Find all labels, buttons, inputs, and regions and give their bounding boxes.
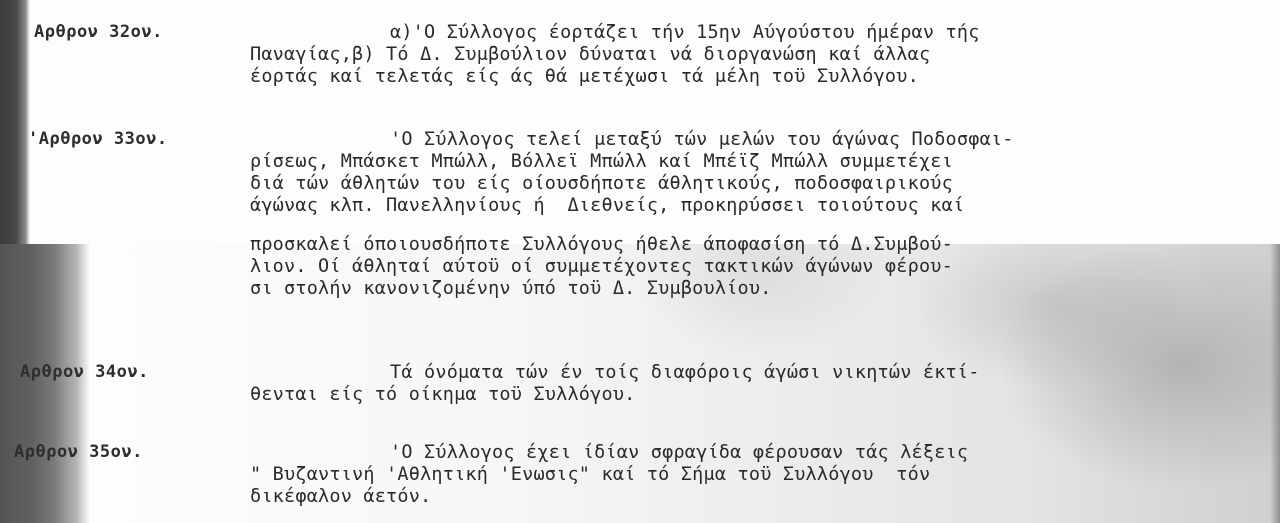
- text-line: 'Ο Σύλλογος τελεί μεταξύ τών μελών του ά…: [250, 129, 1260, 151]
- article-body: Τά όνόματα τών έν τοίς διαφόροις άγώσι ν…: [250, 362, 1260, 406]
- text-line: Τά όνόματα τών έν τοίς διαφόροις άγώσι ν…: [250, 362, 1260, 384]
- binding-shadow-bottom: [0, 244, 90, 523]
- text-line: δικέφαλον άετόν.: [250, 486, 1260, 508]
- article-label: 'Αρθρον 33ον.: [28, 129, 168, 149]
- text-line: διά τών άθλητών του είς οίουσδήποτε άθλη…: [250, 173, 1260, 195]
- text-line: έορτάς καί τελετάς είς άς θά μετέχωσι τά…: [250, 66, 1260, 88]
- article-label: Αρθρον 34ον.: [20, 362, 149, 382]
- text-line: προσκαλεί όποιουσδήποτε Συλλόγους ήθελε …: [250, 234, 1260, 256]
- text-line: σι στολήν κανονιζομένην ύπό τοϋ Δ. Συμβο…: [250, 278, 1260, 300]
- article-body: 'Ο Σύλλογος έχει ίδίαν σφραγίδα φέρουσαν…: [250, 442, 1260, 508]
- text-line: θενται είς τό οίκημα τοϋ Συλλόγου.: [250, 384, 1260, 406]
- text-line: α)'Ο Σύλλογος έορτάζει τήν 15ην Αύγούστο…: [250, 22, 1260, 44]
- text-line: Παναγίας,β) Τό Δ. Συμβούλιον δύναται νά …: [250, 44, 1260, 66]
- text-line: ρίσεως, Μπάσκετ Μπώλλ, Βόλλεϊ Μπώλλ καί …: [250, 151, 1260, 173]
- article-body: 'Ο Σύλλογος τελεί μεταξύ τών μελών του ά…: [250, 129, 1260, 300]
- text-line: λιον. Οί άθληταί αύτοϋ οί συμμετέχοντες …: [250, 256, 1260, 278]
- article-body: α)'Ο Σύλλογος έορτάζει τήν 15ην Αύγούστο…: [250, 22, 1260, 88]
- text-line: άγώνας κλπ. Πανελληνίους ή Διεθνείς, προ…: [250, 195, 1260, 217]
- article-label: Αρθρον 35ον.: [14, 442, 143, 462]
- text-line: " Βυζαντινή 'Αθλητική 'Ενωσις" καί τό Σή…: [250, 464, 1260, 486]
- page-edge-shadow: [1270, 244, 1280, 523]
- text-line: 'Ο Σύλλογος έχει ίδίαν σφραγίδα φέρουσαν…: [250, 442, 1260, 464]
- article-label: Αρθρον 32ον.: [34, 22, 163, 42]
- binding-shadow-top: [0, 0, 30, 244]
